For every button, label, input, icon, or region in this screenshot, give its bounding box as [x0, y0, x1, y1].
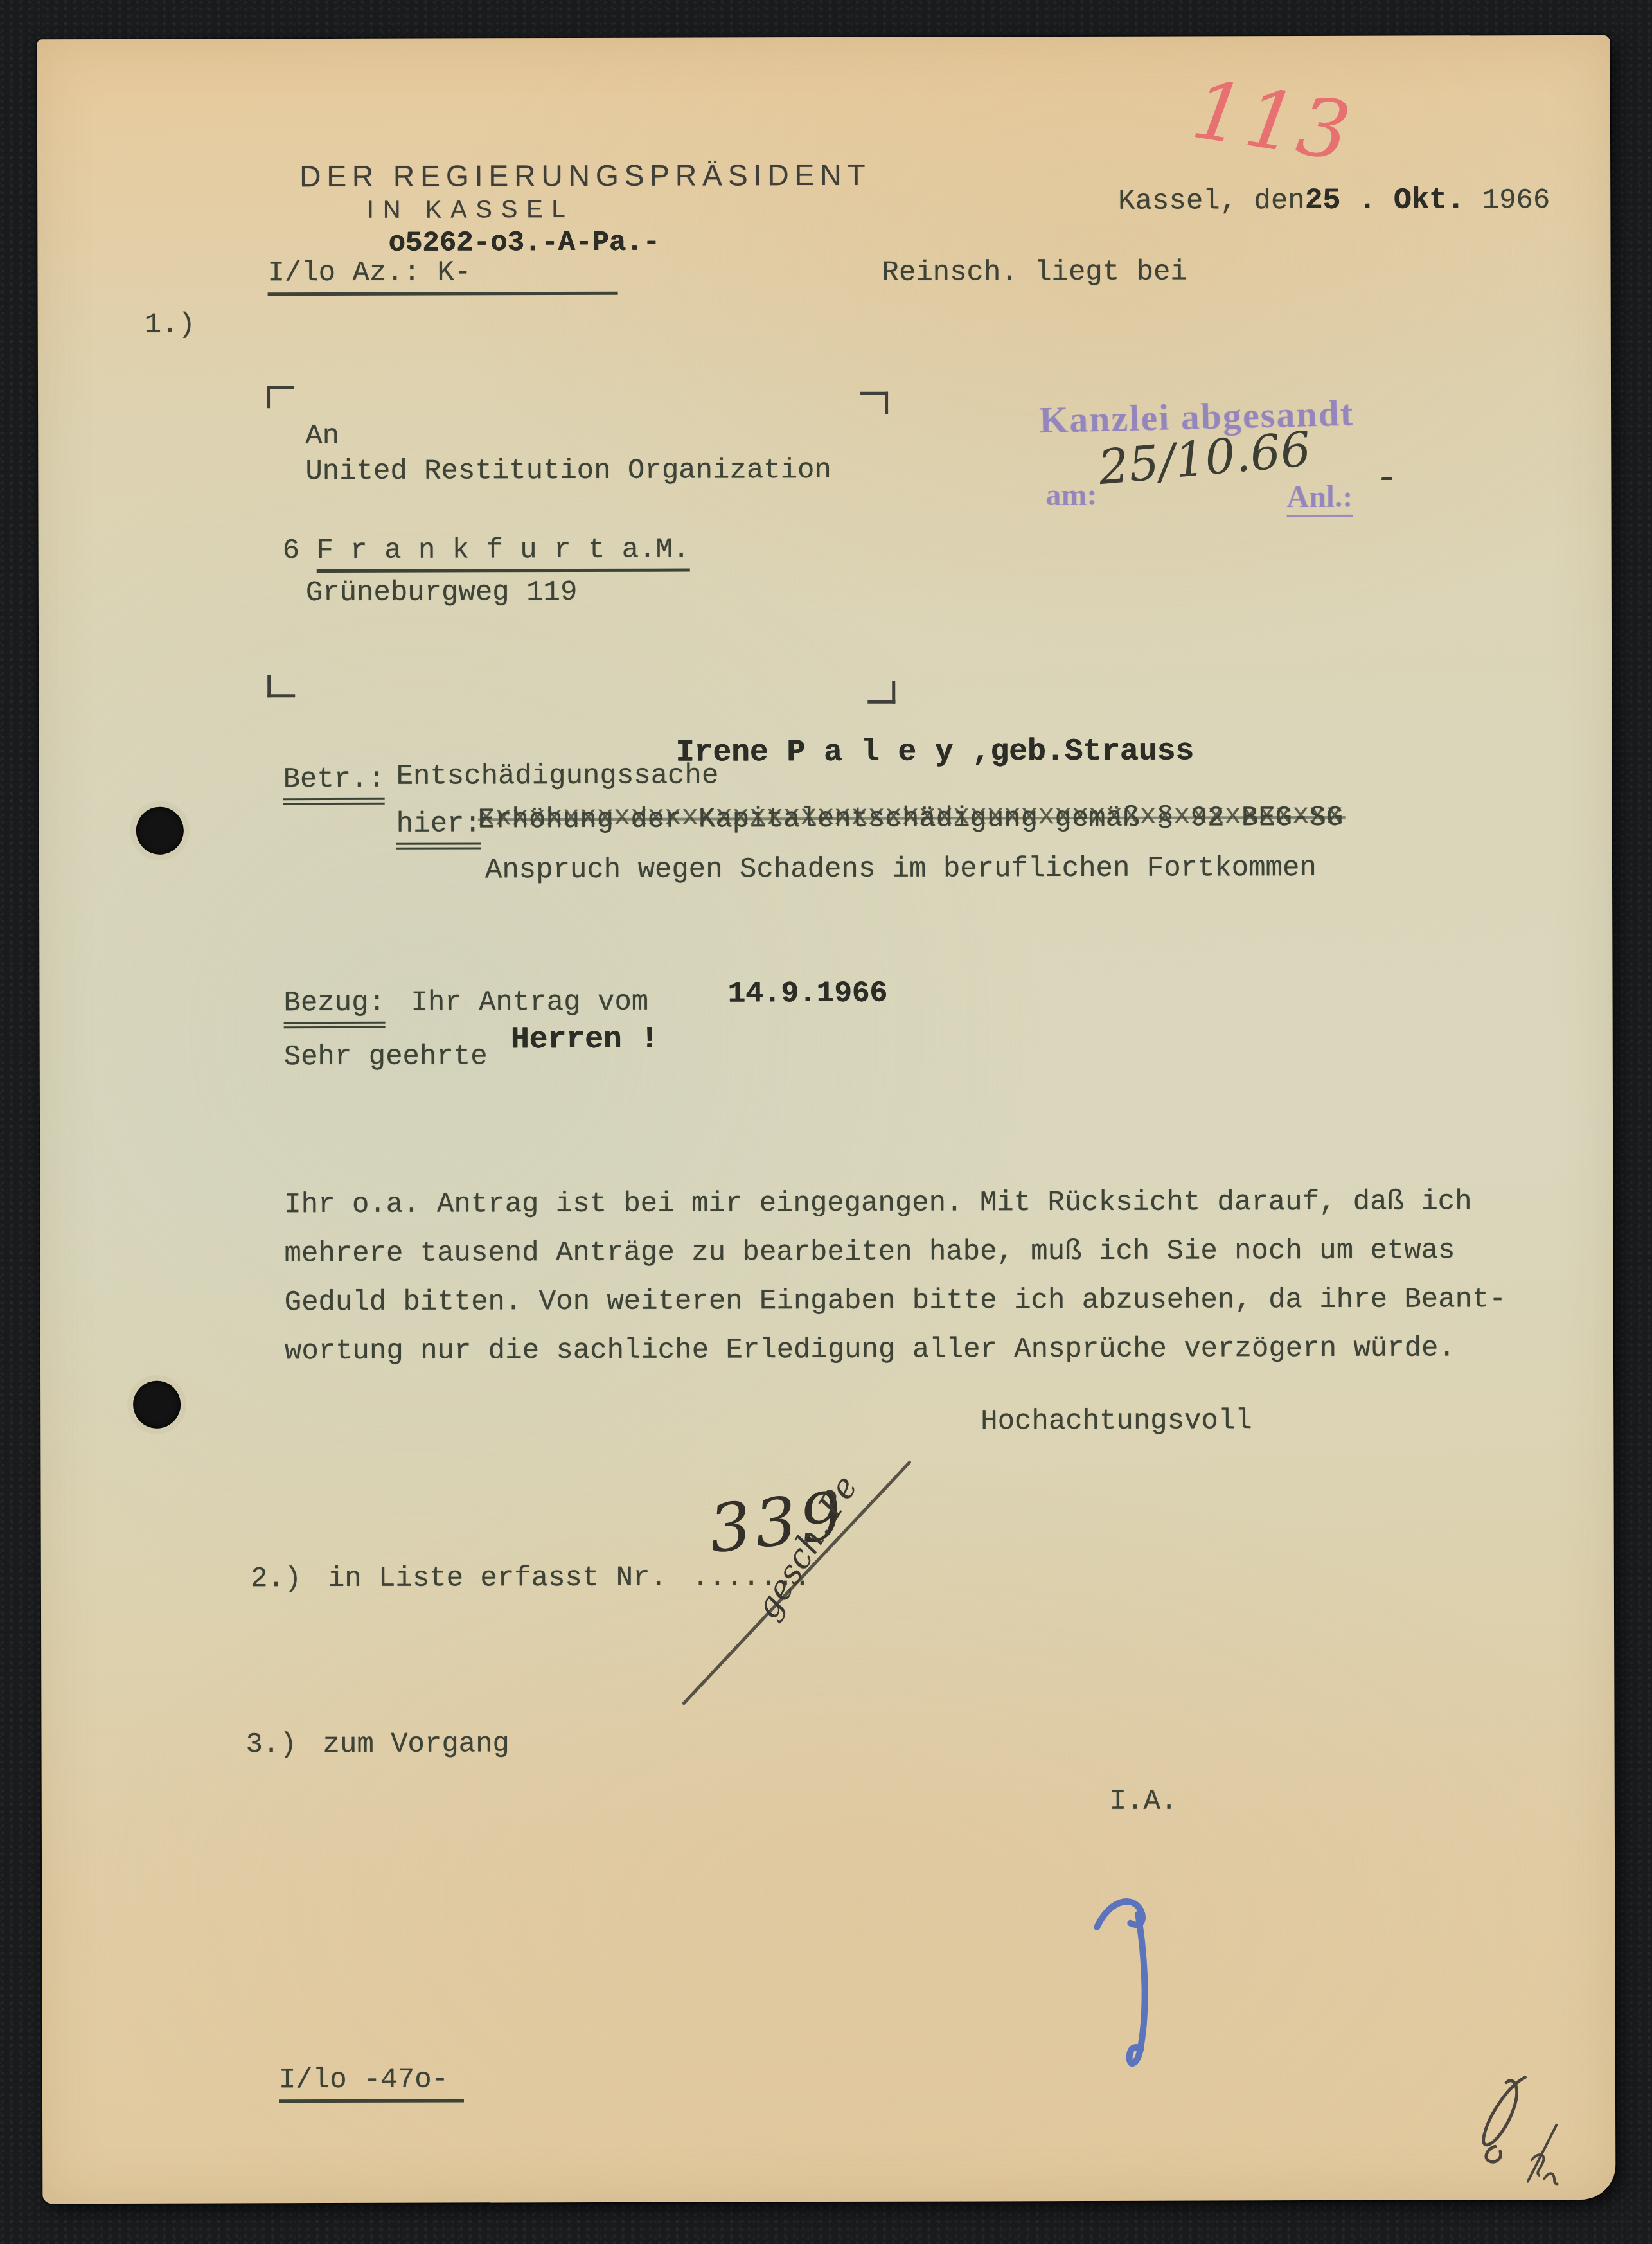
file-az-line: I/lo Az.: K-: [267, 256, 617, 296]
salutation-prefix: Sehr geehrte: [284, 1040, 488, 1073]
letterhead-line2: IN KASSEL: [367, 196, 574, 224]
item2-marker: 2.): [251, 1563, 301, 1596]
closing-formula: Hochachtungsvoll: [981, 1405, 1252, 1438]
reference-text: Ihr Antrag vom: [411, 986, 648, 1020]
blue-ink-paraph: [1089, 1887, 1180, 2080]
item1-marker: 1.): [145, 309, 195, 342]
reference-date: 14.9.1966: [727, 977, 887, 1011]
pencil-paraph: [1450, 2066, 1579, 2195]
footer-reference: I/lo -47o-: [279, 2063, 464, 2102]
street-line: Grüneburgweg 119: [306, 576, 578, 610]
dispatch-stamp-anl-label: Anl.:: [1286, 479, 1353, 517]
folio-number-handwritten: 113: [1186, 63, 1358, 179]
corner-mark-top-right: [860, 392, 888, 414]
body-line: mehrere tausend Anträge zu bearbeiten ha…: [284, 1234, 1505, 1287]
body-line: Geduld bitten. Von weiteren Eingaben bit…: [285, 1283, 1506, 1335]
file-number-typed: o5262-o3.-A-Pa.-: [388, 227, 660, 260]
body-line: wortung nur die sachliche Erledigung all…: [285, 1332, 1506, 1384]
corner-mark-bottom-left: [267, 675, 295, 697]
date-prefix: Kassel, den: [1118, 185, 1305, 218]
reinsch-note: Reinsch. liegt bei: [882, 256, 1187, 290]
date-year: 1966: [1482, 184, 1550, 217]
organization-name: United Restitution Organization: [305, 454, 831, 488]
city-name: F r a n k f u r t a.M.: [316, 534, 689, 573]
item3-text: zum Vorgang: [323, 1728, 510, 1761]
ia-abbreviation: I.A.: [1110, 1786, 1178, 1819]
subject-line2: Anspruch wegen Schadens im beruflichen F…: [485, 852, 1317, 887]
salutation-inserted: Herren !: [511, 1022, 659, 1058]
corner-mark-bottom-right: [867, 681, 895, 704]
item2-text: in Liste erfasst Nr.: [328, 1562, 667, 1596]
item3-marker: 3.): [245, 1729, 296, 1761]
address-an-label: An: [305, 420, 339, 453]
hier-label: hier:: [396, 808, 481, 849]
subject-line1: Entschädigungssache: [396, 760, 719, 793]
punch-hole-top: [136, 807, 184, 855]
paper-texture: [37, 35, 1616, 2204]
date-line: Kassel, den25 . Okt. 1966: [1118, 183, 1550, 218]
punch-hole-bottom: [133, 1381, 181, 1429]
subject-label: Betr.:: [283, 763, 386, 805]
date-day: 25: [1305, 184, 1340, 217]
date-month: . Okt.: [1340, 183, 1482, 217]
address-city-line: 6 F r a n k f u r t a.M.: [283, 534, 690, 567]
reference-label: Bezug:: [283, 987, 386, 1028]
body-line: Ihr o.a. Antrag ist bei mir eingegangen.…: [284, 1186, 1505, 1238]
document-paper: DER REGIERUNGSPRÄSIDENT IN KASSEL o5262-…: [37, 35, 1616, 2204]
city-postal-prefix: 6: [283, 535, 317, 567]
case-name: Irene P a l e y ,geb.Strauss: [675, 735, 1194, 771]
body-paragraph: Ihr o.a. Antrag ist bei mir eingegangen.…: [284, 1186, 1506, 1384]
dispatch-stamp-am-label: am:: [1045, 477, 1097, 513]
anl-value-handwritten: -: [1380, 452, 1394, 500]
letterhead-line1: DER REGIERUNGSPRÄSIDENT: [299, 157, 871, 193]
corner-mark-top-left: [267, 386, 294, 408]
scan-mat: DER REGIERUNGSPRÄSIDENT IN KASSEL o5262-…: [0, 0, 1652, 2244]
